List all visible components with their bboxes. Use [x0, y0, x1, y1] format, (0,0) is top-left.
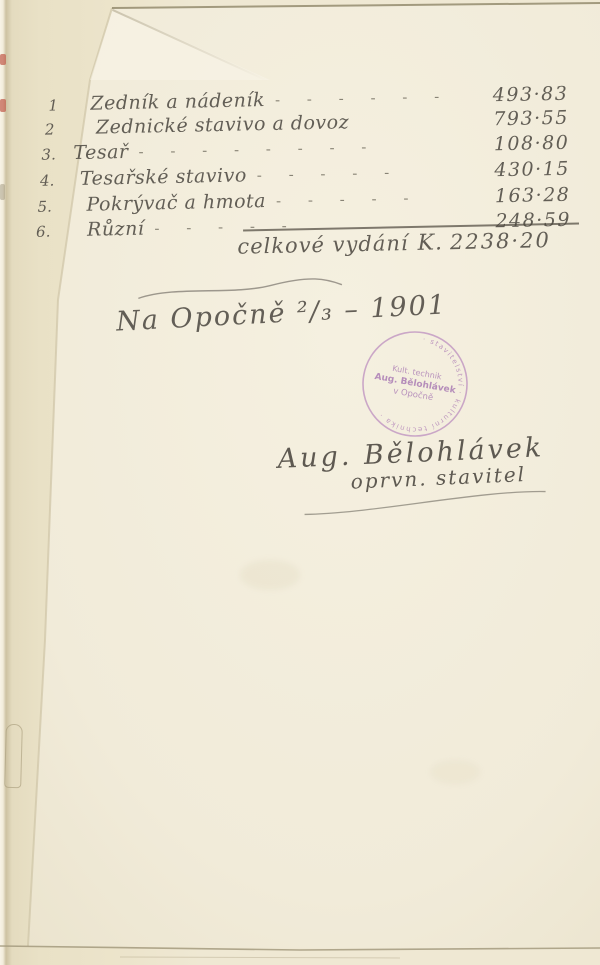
- row-value: 430·15: [462, 158, 570, 182]
- scanned-document-page: 1 Zedník a nádeník - - - - - - 493·83 2 …: [0, 0, 600, 965]
- paperclip-mark: [4, 724, 23, 788]
- total-line: celkové vydáníK.2238·20: [237, 228, 551, 260]
- paper-stain: [430, 760, 480, 784]
- row-number: 4.: [40, 171, 64, 189]
- currency-symbol: K.: [417, 230, 443, 256]
- row-value: 108·80: [461, 132, 569, 156]
- row-number: 5.: [37, 197, 61, 215]
- row-leader-dashes: - - - - -: [266, 188, 463, 210]
- row-label: Různí: [87, 218, 145, 241]
- binding-stitch: [0, 54, 6, 65]
- official-round-stamp: · stavitelství · kulturní technika · Kul…: [348, 317, 482, 451]
- total-value: 2238·20: [450, 228, 551, 254]
- row-value: 493·83: [460, 83, 568, 107]
- edge-smudge: [0, 184, 5, 200]
- row-value: 163·28: [462, 184, 570, 208]
- row-number: 3.: [41, 145, 65, 163]
- row-leader-dashes: - - - - - -: [265, 87, 461, 109]
- total-label: celkové vydání: [237, 231, 409, 259]
- row-leader-dashes: - - - - - - - -: [128, 136, 461, 161]
- paper-stain: [240, 560, 300, 590]
- binding-stitch: [0, 99, 6, 112]
- row-value: 793·55: [461, 107, 569, 131]
- row-leader-dashes: [349, 120, 461, 122]
- expense-ledger: 1 Zedník a nádeník - - - - - - 493·83 2 …: [28, 74, 588, 286]
- row-label: Zedník a nádeník: [90, 89, 265, 115]
- row-number: 6.: [36, 222, 60, 240]
- row-label: Pokrývač a hmota: [86, 190, 266, 216]
- row-label: Tesařské stavivo: [80, 164, 247, 189]
- row-number: 1: [48, 96, 72, 114]
- row-label: Zednické stavivo a dovoz: [96, 111, 350, 138]
- row-number: 2: [45, 120, 69, 138]
- row-label: Tesař: [73, 141, 129, 164]
- row-leader-dashes: - - - - -: [247, 162, 462, 185]
